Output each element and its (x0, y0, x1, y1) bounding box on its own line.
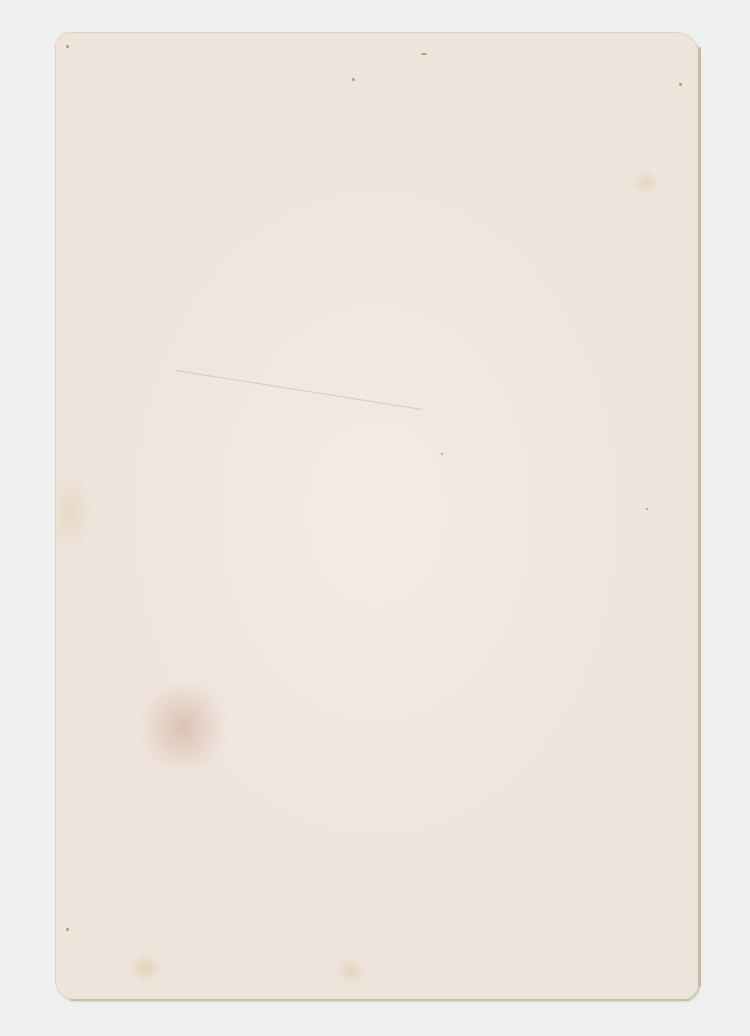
aged-card (56, 33, 698, 999)
card-edge-right (698, 47, 701, 987)
speck (646, 508, 648, 510)
speck (66, 45, 69, 48)
speck (421, 53, 427, 55)
card-edge-bottom (70, 999, 690, 1001)
speck (66, 928, 69, 931)
speck (679, 83, 682, 86)
scratch-mark (176, 370, 423, 410)
speck (441, 453, 443, 455)
speck (352, 78, 355, 81)
